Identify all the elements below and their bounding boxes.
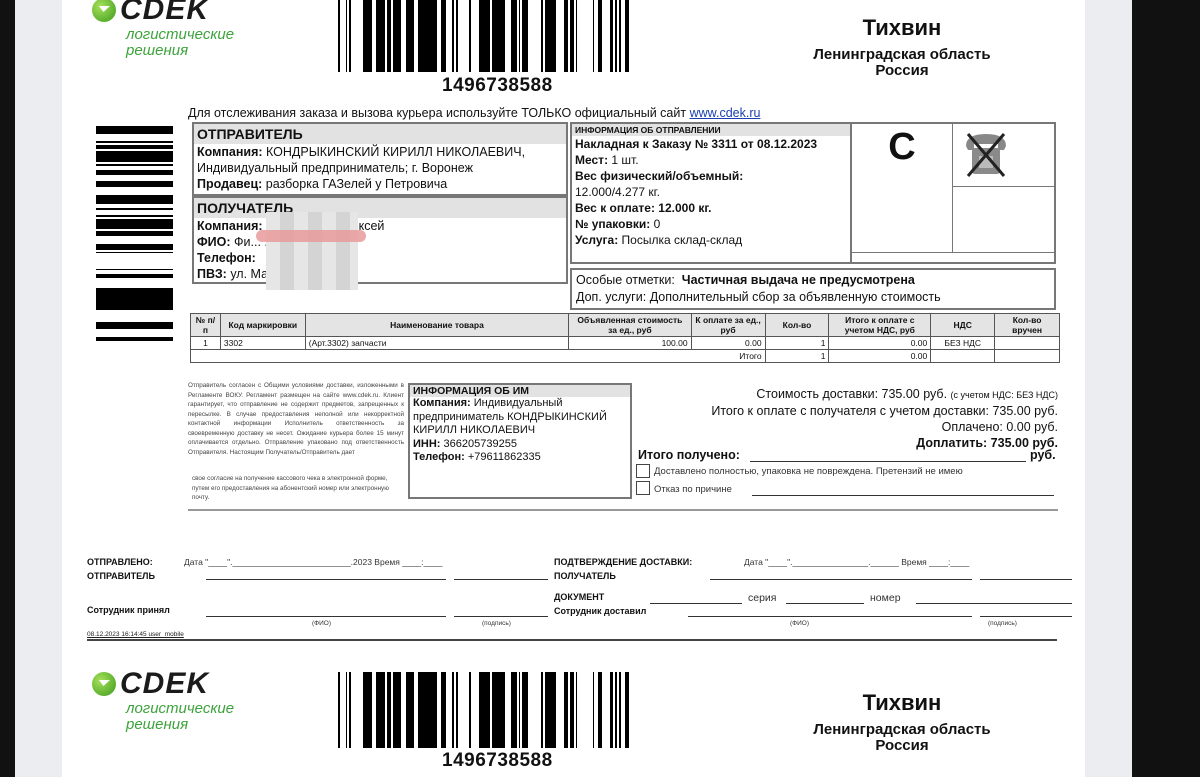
document-series-line[interactable]	[786, 603, 864, 604]
barcode-top	[338, 0, 740, 72]
payment-summary: Стоимость доставки: 735.00 руб. (с учето…	[642, 386, 1058, 451]
redaction-blur	[266, 212, 358, 290]
destination-city: Тихвин	[762, 15, 1042, 41]
document-number-line[interactable]	[916, 603, 1072, 604]
received-unit: руб.	[1030, 448, 1056, 462]
print-timestamp: 08.12.2023 16:14:45 user_mobile	[87, 631, 184, 638]
brand-tagline-2: решения	[126, 43, 292, 59]
sender-seller: разборка ГАЗелей у Петровича	[266, 177, 447, 191]
destination-region: Ленинградская область	[762, 47, 1042, 63]
number-label: номер	[870, 592, 901, 604]
column-header: Код маркировки	[220, 314, 305, 337]
delivered-checkbox-label: Доставлено полностью, упаковка не повреж…	[654, 466, 963, 477]
refusal-reason-line[interactable]	[752, 495, 1054, 496]
terms-text-2: свое согласие на получение кассового чек…	[192, 474, 402, 503]
sent-label: ОТПРАВЛЕНО:	[87, 557, 153, 567]
column-header: К оплате за ед., руб	[691, 314, 765, 337]
employee-delivered-label: Сотрудник доставил	[554, 606, 646, 616]
sender-title: ОТПРАВИТЕЛЬ	[194, 124, 566, 144]
viewer-margin-left	[15, 0, 62, 777]
fio-hint-2: (ФИО)	[790, 620, 809, 627]
paid-amount: Оплачено: 0.00 руб.	[642, 419, 1058, 435]
column-header: Кол-во вручен	[995, 314, 1060, 337]
weight-value: 12.000/4.277 кг.	[575, 185, 660, 199]
service-type: Посылка склад-склад	[622, 233, 743, 247]
document-type-line[interactable]	[650, 603, 742, 604]
delivery-date-field[interactable]: Дата "____".________________.______ Врем…	[744, 557, 969, 567]
terms-text: Отправитель согласен с Общими условиями …	[188, 381, 404, 457]
destination-block-bottom: Тихвин Ленинградская область Россия	[762, 690, 1042, 754]
column-header: Наименование товара	[305, 314, 568, 337]
employee-accepted-fio-line[interactable]	[206, 616, 446, 617]
column-header: Объявленная стоимость за ед., руб	[569, 314, 691, 337]
sender-sign-label: ОТПРАВИТЕЛЬ	[87, 571, 155, 581]
im-phone: +79611862335	[468, 451, 541, 463]
sign-hint: (подпись)	[482, 620, 511, 627]
destination-block-top: Тихвин Ленинградская область Россия	[762, 15, 1042, 79]
cdek-logo-icon	[92, 672, 116, 696]
barcode-vertical	[96, 128, 173, 530]
items-table-header: № п/пКод маркировкиНаименование товараОб…	[191, 314, 1060, 337]
special-marks-box: Особые отметки: Частичная выдача не пред…	[570, 268, 1056, 310]
sender-fio-line[interactable]	[206, 579, 446, 580]
recipient-sign-label: ПОЛУЧАТЕЛЬ	[554, 571, 616, 581]
barcode-bottom	[338, 672, 740, 748]
extra-services-value: Дополнительный сбор за объявленную стоим…	[650, 290, 941, 304]
im-inn: 366205739255	[444, 438, 517, 450]
column-header: НДС	[931, 314, 995, 337]
received-amount-line[interactable]	[750, 461, 1026, 462]
document-label: ДОКУМЕНТ	[554, 592, 604, 602]
employee-accepted-sign-line[interactable]	[454, 616, 548, 617]
delivery-cost: Стоимость доставки: 735.00 руб.	[756, 387, 947, 401]
im-info-box: ИНФОРМАЦИЯ ОБ ИМ Компания: Индивидуальны…	[408, 383, 632, 499]
special-marks-value: Частичная выдача не предусмотрена	[682, 273, 915, 287]
cdek-logo-bottom: CDEK логистические решения	[92, 671, 292, 733]
invoice-number: Накладная к Заказу № 3311 от 08.12.2023	[575, 136, 847, 152]
series-label: серия	[748, 592, 776, 604]
no-call-phone-icon	[960, 128, 1012, 180]
recipient-box: ПОЛУЧАТЕЛЬ Компания: Алексей ФИО: Фи... …	[192, 196, 568, 284]
received-label: Итого получено:	[638, 448, 740, 462]
employee-delivered-fio-line[interactable]	[688, 616, 972, 617]
barcode-number-bottom: 1496738588	[442, 750, 553, 772]
employee-delivered-sign-line[interactable]	[980, 616, 1072, 617]
refused-checkbox-label: Отказ по причине	[654, 484, 732, 495]
sender-box: ОТПРАВИТЕЛЬ Компания: КОНДРЫКИНСКИЙ КИРИ…	[192, 122, 568, 196]
viewer-margin-right	[1085, 0, 1132, 777]
cdek-site-link[interactable]: www.cdek.ru	[690, 106, 761, 120]
table-row: 13302(Арт.3302) запчасти100.000.0010.00Б…	[191, 337, 1060, 350]
column-header: Итого к оплате с учетом НДС, руб	[829, 314, 931, 337]
sign-hint-2: (подпись)	[988, 620, 1017, 627]
recipient-fio-line[interactable]	[710, 579, 972, 580]
recipient-sign-line[interactable]	[980, 579, 1072, 580]
divider	[188, 509, 1058, 511]
im-info-title: ИНФОРМАЦИЯ ОБ ИМ	[410, 385, 630, 397]
refused-checkbox[interactable]	[636, 481, 650, 495]
bottom-divider	[87, 639, 1057, 641]
column-header: Кол-во	[765, 314, 829, 337]
recipient-title: ПОЛУЧАТЕЛЬ	[194, 198, 566, 218]
redaction-mark	[256, 230, 366, 242]
sender-sign-line[interactable]	[454, 579, 548, 580]
destination-country: Россия	[762, 63, 1042, 79]
total-with-delivery: Итого к оплате с получателя с учетом дос…	[642, 403, 1058, 419]
table-total-row: Итого10.00	[191, 350, 1060, 363]
tracking-notice: Для отслеживания заказа и вызова курьера…	[188, 106, 760, 120]
cdek-logo-icon	[92, 0, 116, 22]
delivery-confirm-label: ПОДТВЕРЖДЕНИЕ ДОСТАВКИ:	[554, 557, 692, 567]
shipping-label-page: CDEK логистические решения 1496738588 Ти…	[62, 0, 1085, 777]
mode-letter: С	[852, 126, 952, 169]
column-header: № п/п	[191, 314, 221, 337]
mode-box: С	[850, 122, 1056, 264]
vat-note: (с учетом НДС: БЕЗ НДС)	[951, 390, 1058, 400]
sent-date-field[interactable]: Дата "____"._________________________.20…	[184, 557, 442, 567]
shipment-info-box: ИНФОРМАЦИЯ ОБ ОТПРАВЛЕНИИ Накладная к За…	[570, 122, 852, 264]
items-table: № п/пКод маркировкиНаименование товараОб…	[190, 313, 1060, 363]
brand-name: CDEK	[120, 0, 209, 23]
employee-accepted-label: Сотрудник принял	[87, 605, 170, 615]
shipment-info-title: ИНФОРМАЦИЯ ОБ ОТПРАВЛЕНИИ	[572, 124, 850, 136]
brand-tagline-1: логистические	[126, 27, 292, 43]
barcode-number-top: 1496738588	[442, 75, 553, 97]
cdek-logo: CDEK логистические решения	[92, 0, 292, 59]
delivered-checkbox[interactable]	[636, 464, 650, 478]
fio-hint: (ФИО)	[312, 620, 331, 627]
